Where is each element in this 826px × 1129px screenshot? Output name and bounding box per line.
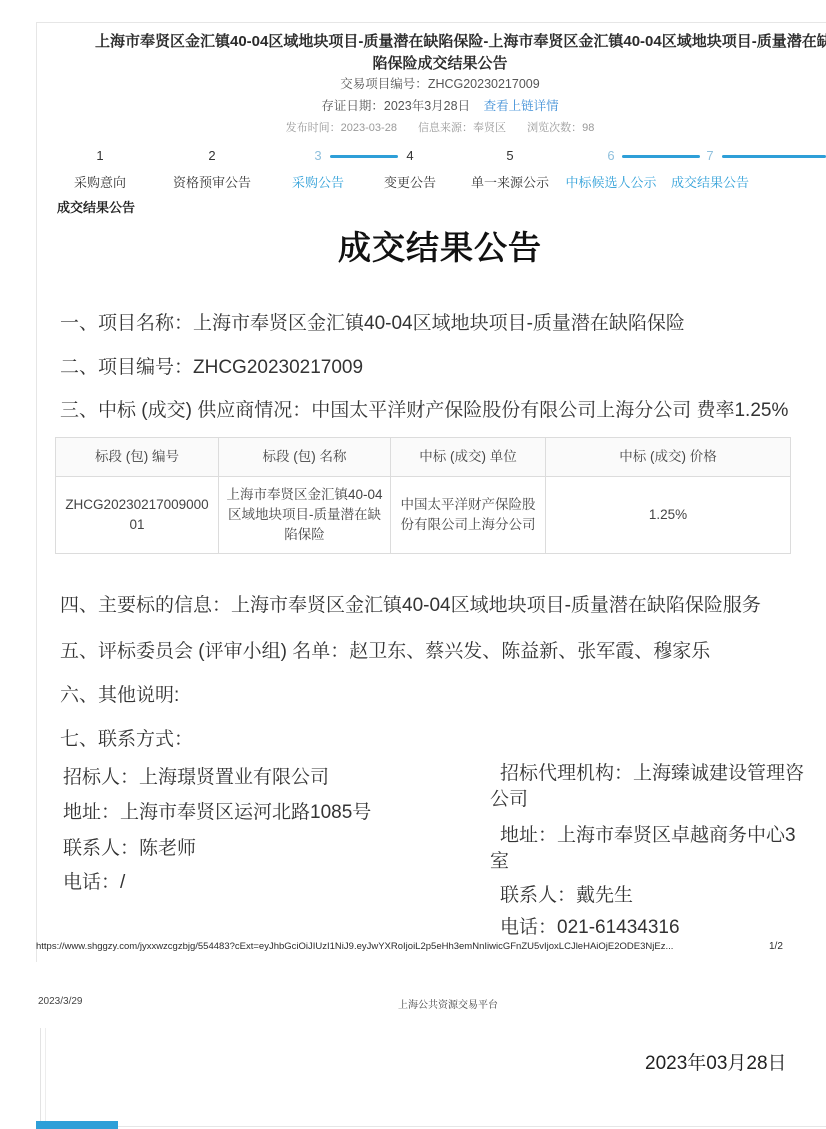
agency-address-line2: 室 [490, 846, 509, 873]
announcement-title-line2: 陷保险成交结果公告 [0, 52, 826, 73]
page1-left-edge [36, 22, 37, 962]
step-number-1[interactable]: 1 [96, 148, 103, 163]
cell-winning-unit: 中国太平洋财产保险股份有限公司上海分公司 [391, 477, 546, 554]
publish-info-row: 发布时间：2023-03-28 信息来源：奉贤区 浏览次数：98 [0, 119, 826, 135]
col-header-lot-number: 标段 (包) 编号 [56, 438, 219, 477]
project-number-label: 交易项目编号： [340, 77, 428, 91]
page2-blue-bar [36, 1121, 118, 1129]
project-number-value: ZHCG20230217009 [428, 77, 540, 91]
print-footer-page-indicator: 1/2 [769, 941, 783, 952]
step-label-candidate-publicity[interactable]: 中标候选人公示 [565, 172, 656, 191]
step-number-3[interactable]: 3 [314, 148, 321, 163]
cell-winning-price: 1.25% [546, 477, 791, 554]
print-header-date: 2023/3/29 [38, 996, 83, 1007]
table-row: ZHCG2023021700900001 上海市奉贤区金汇镇40-04区域地块项… [56, 477, 791, 554]
section-contact-info: 七、联系方式： [60, 724, 193, 751]
info-source: 信息来源：奉贤区 [418, 122, 506, 134]
step-label-procurement-notice[interactable]: 采购公告 [292, 172, 344, 191]
publish-time: 发布时间：2023-03-28 [286, 122, 397, 134]
deposit-date-label: 存证日期：2023年3月28日 [321, 99, 470, 113]
print-footer-url: https://www.shggzy.com/jyxxwzcgzbjg/5544… [36, 941, 673, 952]
col-header-winning-unit: 中标 (成交) 单位 [391, 438, 546, 477]
step-connector-after-7 [722, 155, 826, 158]
view-chain-link[interactable]: 查看上链详情 [484, 99, 559, 113]
section-project-number: 二、项目编号：ZHCG20230217009 [60, 352, 363, 379]
tenderer-person: 联系人：陈老师 [63, 833, 196, 860]
agency-name-line2: 公司 [490, 784, 528, 811]
agency-phone: 电话：021-61434316 [490, 912, 680, 939]
agency-name-line1: 招标代理机构：上海臻诚建设管理咨 [490, 758, 804, 785]
step-number-5[interactable]: 5 [506, 148, 513, 163]
step-label-single-source[interactable]: 单一来源公示 [471, 172, 549, 191]
agency-address-line1: 地址：上海市奉贤区卓越商务中心3 [490, 820, 796, 847]
step-label-procurement-intent[interactable]: 采购意向 [74, 172, 126, 191]
cell-lot-name: 上海市奉贤区金汇镇40-04区域地块项目-质量潜在缺陷保险 [219, 477, 391, 554]
breadcrumb: 成交结果公告 [57, 197, 135, 216]
section-project-name: 一、项目名称：上海市奉贤区金汇镇40-04区域地块项目-质量潜在缺陷保险 [60, 308, 685, 335]
step-number-7[interactable]: 7 [706, 148, 713, 163]
step-connector-6-7 [622, 155, 700, 158]
page2-bottom-rule [40, 1126, 826, 1127]
step-label-prequalification[interactable]: 资格预审公告 [173, 172, 251, 191]
tenderer-phone: 电话：/ [63, 867, 125, 894]
step-connector-3-4 [330, 155, 398, 158]
col-header-lot-name: 标段 (包) 名称 [219, 438, 391, 477]
step-label-change-notice[interactable]: 变更公告 [384, 172, 436, 191]
step-label-result-announcement[interactable]: 成交结果公告 [671, 172, 749, 191]
cell-lot-number: ZHCG2023021700900001 [56, 477, 219, 554]
page2-left-edge [40, 1028, 46, 1129]
step-number-4[interactable]: 4 [406, 148, 413, 163]
view-count: 浏览次数：98 [527, 122, 594, 134]
award-result-table: 标段 (包) 编号 标段 (包) 名称 中标 (成交) 单位 中标 (成交) 价… [55, 437, 791, 554]
project-number-row: 交易项目编号：ZHCG20230217009 [0, 74, 826, 92]
agency-person: 联系人：戴先生 [490, 880, 633, 907]
section-winning-supplier: 三、中标 (成交) 供应商情况：中国太平洋财产保险股份有限公司上海分公司 费率1… [60, 395, 788, 422]
section-subject-info: 四、主要标的信息：上海市奉贤区金汇镇40-04区域地块项目-质量潜在缺陷保险服务 [60, 590, 761, 617]
step-number-6[interactable]: 6 [607, 148, 614, 163]
print-header-site-name: 上海公共资源交易平台 [398, 996, 498, 1011]
document-date: 2023年03月28日 [645, 1048, 787, 1075]
section-other-notes: 六、其他说明: [60, 680, 179, 707]
tenderer-name: 招标人：上海璟贤置业有限公司 [63, 762, 329, 789]
tenderer-address: 地址：上海市奉贤区运河北路1085号 [63, 797, 371, 824]
col-header-winning-price: 中标 (成交) 价格 [546, 438, 791, 477]
table-header-row: 标段 (包) 编号 标段 (包) 名称 中标 (成交) 单位 中标 (成交) 价… [56, 438, 791, 477]
page-title: 成交结果公告 [0, 222, 826, 269]
deposit-row: 存证日期：2023年3月28日 查看上链详情 [0, 96, 826, 114]
step-number-2[interactable]: 2 [208, 148, 215, 163]
announcement-title-line1: 上海市奉贤区金汇镇40-04区域地块项目-质量潜在缺陷保险-上海市奉贤区金汇镇4… [95, 30, 826, 51]
section-evaluation-committee: 五、评标委员会 (评审小组) 名单：赵卫东、蔡兴发、陈益新、张军霞、穆家乐 [60, 636, 710, 663]
page1-top-edge [36, 22, 826, 23]
